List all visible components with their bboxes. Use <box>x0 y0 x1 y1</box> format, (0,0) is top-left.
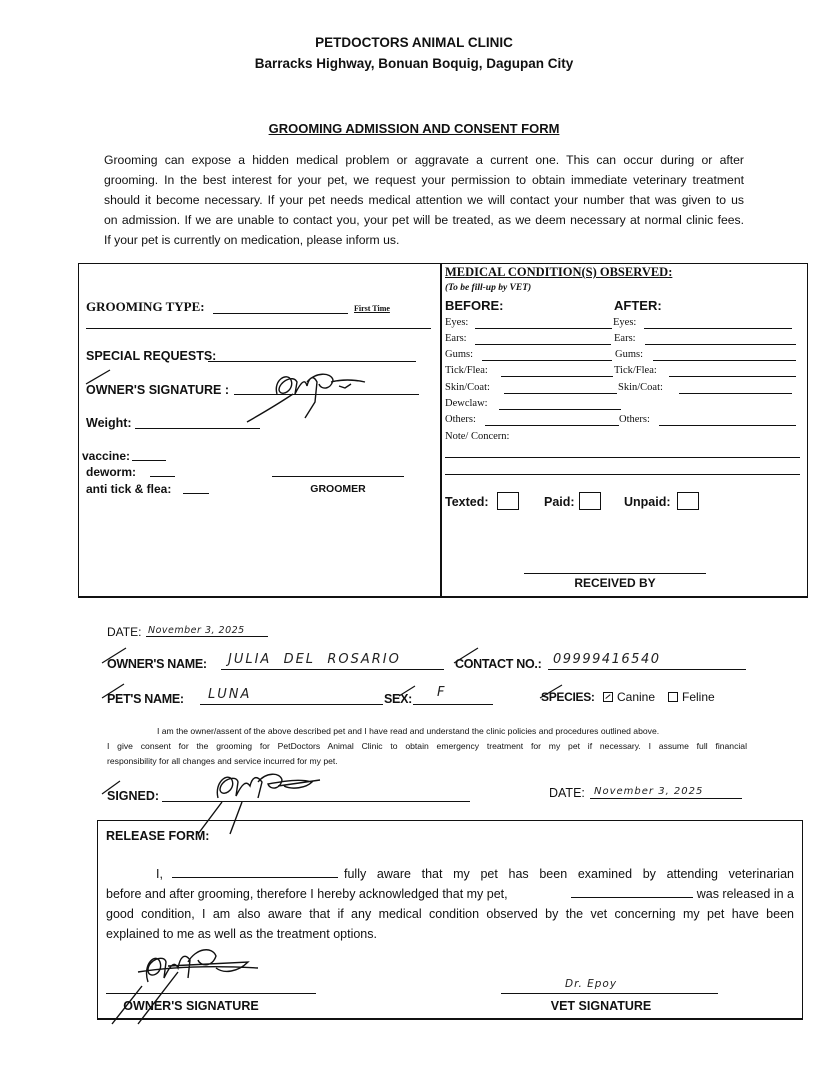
consent-paragraph: I am the owner/assent of the above descr… <box>107 724 747 769</box>
release-pet-name-field[interactable] <box>571 897 693 898</box>
grooming-type-field[interactable] <box>213 313 348 314</box>
consent-line: I am the owner/assent of the above descr… <box>107 724 747 739</box>
vaccine-label: vaccine: <box>82 449 130 463</box>
grooming-type-extra-line[interactable] <box>86 328 431 329</box>
contact-value: 09999416540 <box>553 652 660 667</box>
medical-title: MEDICAL CONDITION(S) OBSERVED: <box>445 265 672 280</box>
before-others-label: Others: <box>445 414 476 425</box>
texted-label: Texted: <box>445 495 489 509</box>
after-others-field[interactable] <box>659 425 796 426</box>
before-dewclaw-label: Dewclaw: <box>445 398 488 409</box>
after-gums-label: Gums: <box>615 349 643 360</box>
release-paragraph: I, fully aware that my pet has been exam… <box>106 864 794 944</box>
grooming-type-label: GROOMING TYPE: <box>86 299 205 315</box>
before-eyes-label: Eyes: <box>445 317 468 328</box>
release-i-label: I, <box>156 864 163 884</box>
release-form-title: RELEASE FORM: <box>106 829 209 843</box>
vet-signature-value: Dr. Epoy <box>565 978 617 990</box>
intro-line: on admission. If we are unable to contac… <box>104 210 744 230</box>
note-concern-line-2[interactable] <box>445 474 800 475</box>
vet-signature-label: VET SIGNATURE <box>501 999 701 1013</box>
before-dewclaw-field[interactable] <box>499 409 621 410</box>
groomer-label: GROOMER <box>272 483 404 495</box>
canine-checkbox[interactable] <box>603 692 613 702</box>
check-mark-icon <box>605 694 610 699</box>
before-tick-flea-field[interactable] <box>501 376 613 377</box>
species-option-canine[interactable]: Canine <box>603 690 655 704</box>
release-line: before and after grooming, therefore I h… <box>106 884 794 904</box>
contact-label: CONTACT NO.: <box>455 657 541 671</box>
consent-date-field[interactable] <box>590 798 742 799</box>
before-gums-field[interactable] <box>482 360 612 361</box>
contact-field[interactable] <box>548 669 746 670</box>
before-ears-label: Ears: <box>445 333 467 344</box>
consent-line: responsibility for all changes and servi… <box>107 754 747 769</box>
species-label: SPECIES: <box>541 690 595 704</box>
before-others-field[interactable] <box>485 425 619 426</box>
owner-name-value: JULIA DEL ROSARIO <box>228 652 401 667</box>
after-skin-coat-label: Skin/Coat: <box>618 382 663 393</box>
column-divider <box>440 263 442 597</box>
date-label: DATE: <box>107 625 141 639</box>
after-others-label: Others: <box>619 414 650 425</box>
before-eyes-field[interactable] <box>475 328 612 329</box>
after-label: AFTER: <box>614 298 662 313</box>
groomer-signature-field[interactable] <box>272 476 404 477</box>
date-field[interactable] <box>146 636 268 637</box>
check-mark-icon <box>397 684 417 698</box>
consent-date-value: November 3, 2025 <box>594 786 703 797</box>
texted-checkbox[interactable] <box>497 492 519 510</box>
before-gums-label: Gums: <box>445 349 473 360</box>
release-line-1-text: fully aware that my pet has been examine… <box>344 864 794 884</box>
pet-name-value: LUNA <box>208 687 251 702</box>
release-owner-signature-scribble-icon <box>108 942 278 1027</box>
species-option-feline[interactable]: Feline <box>668 690 715 704</box>
weight-label: Weight: <box>86 416 132 430</box>
after-ears-label: Ears: <box>614 333 636 344</box>
pet-name-label: PET'S NAME: <box>107 692 184 706</box>
after-eyes-field[interactable] <box>644 328 792 329</box>
clinic-address: Barracks Highway, Bonuan Boquig, Dagupan… <box>0 56 828 71</box>
received-by-label: RECEIVED BY <box>524 576 706 590</box>
intro-line: If your pet is currently on medication, … <box>104 230 744 250</box>
intro-line: should it become necessary. If your pet … <box>104 190 744 210</box>
grooming-type-value: First Time <box>354 304 390 313</box>
after-skin-coat-field[interactable] <box>679 393 792 394</box>
deworm-label: deworm: <box>86 465 136 479</box>
anti-tick-flea-field[interactable] <box>183 493 209 494</box>
release-line-2-text: before and after grooming, therefore I h… <box>106 884 508 904</box>
clinic-name: PETDOCTORS ANIMAL CLINIC <box>0 35 828 50</box>
note-concern-label: Note/ Concern: <box>445 431 509 442</box>
after-tick-flea-field[interactable] <box>669 376 796 377</box>
after-ears-field[interactable] <box>645 344 796 345</box>
owner-name-label: OWNER'S NAME: <box>107 657 207 671</box>
received-by-field[interactable] <box>524 573 706 574</box>
release-owner-signature-label: OWNER'S SIGNATURE <box>106 999 276 1013</box>
intro-paragraph: Grooming can expose a hidden medical pro… <box>104 150 744 250</box>
form-title: GROOMING ADMISSION AND CONSENT FORM <box>0 121 828 136</box>
unpaid-label: Unpaid: <box>624 495 671 509</box>
before-ears-field[interactable] <box>475 344 611 345</box>
feline-checkbox[interactable] <box>668 692 678 702</box>
feline-label: Feline <box>682 690 715 704</box>
sex-field[interactable] <box>413 704 493 705</box>
paid-label: Paid: <box>544 495 575 509</box>
special-requests-label: SPECIAL REQUESTS: <box>86 349 216 363</box>
release-line: explained to me as well as the treatment… <box>106 924 794 944</box>
intro-line: Grooming can expose a hidden medical pro… <box>104 150 744 170</box>
consent-line: I give consent for the grooming for PetD… <box>107 739 747 754</box>
release-line: I, fully aware that my pet has been exam… <box>106 864 794 884</box>
owner-signature-scribble-icon <box>235 368 375 428</box>
before-skin-coat-field[interactable] <box>504 393 617 394</box>
after-gums-field[interactable] <box>653 360 796 361</box>
medical-subtitle: (To be fill-up by VET) <box>445 283 531 293</box>
date-value: November 3, 2025 <box>148 625 245 636</box>
owner-name-field[interactable] <box>221 669 444 670</box>
canine-label: Canine <box>617 690 655 704</box>
release-line: good condition, I am also aware that if … <box>106 904 794 924</box>
intro-line: grooming. In the best interest for your … <box>104 170 744 190</box>
after-tick-flea-label: Tick/Flea: <box>614 365 657 376</box>
vaccine-field[interactable] <box>132 460 166 461</box>
special-requests-field[interactable] <box>208 361 416 362</box>
weight-field[interactable] <box>135 428 260 429</box>
release-owner-name-field[interactable] <box>172 877 338 878</box>
note-concern-line-1[interactable] <box>445 457 800 458</box>
paid-checkbox[interactable] <box>579 492 601 510</box>
consent-date-label: DATE: <box>549 786 585 800</box>
check-mark-icon <box>84 366 114 386</box>
vet-signature-field[interactable] <box>501 993 718 994</box>
signed-label: SIGNED: <box>107 789 159 803</box>
after-eyes-label: Eyes: <box>613 317 636 328</box>
pet-name-field[interactable] <box>200 704 383 705</box>
sex-value: F <box>437 685 445 700</box>
anti-tick-flea-label: anti tick & flea: <box>86 482 171 496</box>
release-line-2-suffix: was released in a <box>694 884 794 904</box>
deworm-field[interactable] <box>150 476 175 477</box>
before-tick-flea-label: Tick/Flea: <box>445 365 488 376</box>
before-skin-coat-label: Skin/Coat: <box>445 382 490 393</box>
unpaid-checkbox[interactable] <box>677 492 699 510</box>
before-label: BEFORE: <box>445 298 504 313</box>
